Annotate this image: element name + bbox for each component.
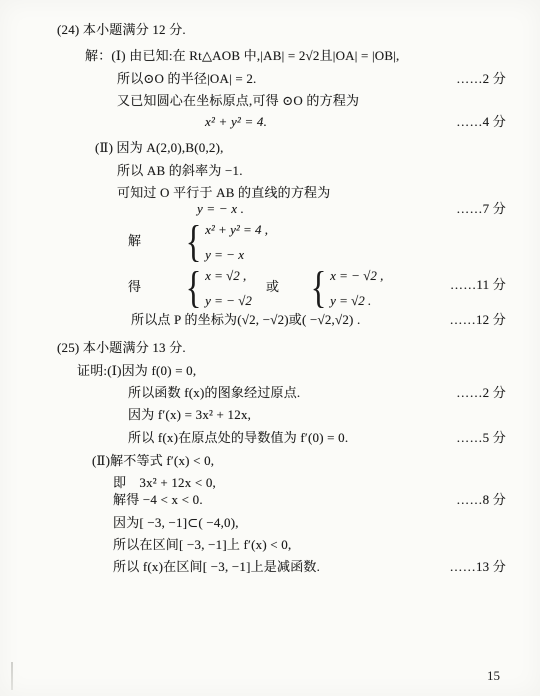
p24-left-eq2: y = − √2 bbox=[205, 288, 252, 313]
left-brace-icon: { bbox=[311, 262, 327, 314]
p24-score-4: ……4 分 bbox=[456, 114, 506, 130]
p24-system-result-right: { x = − √2 , y = √2 . bbox=[308, 262, 383, 314]
p25-line-decreasing: 所以 f(x)在区间[ −3, −1]上是减函数. bbox=[113, 559, 320, 575]
p24-score-7: ……7 分 bbox=[456, 201, 506, 217]
p25-line-subset: 因为[ −3, −1]⊂( −4,0), bbox=[113, 515, 239, 531]
p24-line-slope: 所以 AB 的斜率为 −1. bbox=[117, 163, 243, 179]
p25-line-origin: 所以函数 f(x)的图象经过原点. bbox=[128, 385, 300, 401]
p24-score-12: ……12 分 bbox=[450, 312, 506, 328]
p24-line-point: 所以点 P 的坐标为(√2, −√2)或( −√2,√2) . bbox=[131, 312, 360, 328]
p24-left-eq1: x = √2 , bbox=[205, 263, 252, 288]
scanned-answer-page: (24) 本小题满分 12 分. 解：(Ⅰ) 由已知:在 Rt△AOB 中,|A… bbox=[0, 0, 540, 696]
p24-right-eq2: y = √2 . bbox=[330, 288, 383, 313]
p25-line-part2: (Ⅱ)解不等式 f′(x) < 0, bbox=[92, 453, 214, 469]
p24-score-2: ……2 分 bbox=[456, 71, 506, 87]
p24-line-equation: y = − x . bbox=[197, 201, 244, 217]
p24-line-known: 解：(Ⅰ) 由已知:在 Rt△AOB 中,|AB| = 2√2且|OA| = |… bbox=[85, 48, 400, 64]
p24-score-11: ……11 分 bbox=[450, 277, 506, 293]
p24-result-label: 得 bbox=[128, 279, 141, 295]
p24-line-part2: (Ⅱ) 因为 A(2,0),B(0,2), bbox=[95, 140, 224, 156]
scan-artifact bbox=[11, 662, 13, 690]
p24-system-result-left: { x = √2 , y = − √2 bbox=[183, 262, 252, 314]
p25-line-solve: 解得 −4 < x < 0. bbox=[113, 492, 203, 508]
p25-score-13: ……13 分 bbox=[450, 559, 506, 575]
p25-line-proof: 证明:(Ⅰ)因为 f(0) = 0, bbox=[77, 363, 196, 379]
p24-line-radius: 所以⊙O 的半径|OA| = 2. bbox=[117, 71, 257, 87]
p24-header: (24) 本小题满分 12 分. bbox=[57, 22, 186, 38]
p24-solve-eq1: x² + y² = 4 , bbox=[205, 217, 268, 242]
p24-system-solve: { x² + y² = 4 , y = − x bbox=[183, 216, 268, 268]
p25-line-deriv-origin: 所以 f(x)在原点处的导数值为 f′(0) = 0. bbox=[128, 430, 348, 446]
p25-line-interval: 所以在区间[ −3, −1]上 f′(x) < 0, bbox=[113, 537, 291, 553]
p24-circle-equation: x² + y² = 4. bbox=[205, 114, 267, 130]
page-number: 15 bbox=[487, 668, 500, 684]
p24-or-word: 或 bbox=[266, 279, 279, 295]
p25-line-ineq: 即 3x² + 12x < 0, bbox=[113, 475, 216, 491]
left-brace-icon: { bbox=[186, 216, 202, 268]
p25-score-8: ……8 分 bbox=[456, 492, 506, 508]
p24-line-center: 又已知圆心在坐标原点,可得 ⊙O 的方程为 bbox=[117, 93, 359, 109]
left-brace-icon: { bbox=[186, 262, 202, 314]
p24-solve-label: 解 bbox=[128, 233, 141, 249]
p24-right-eq1: x = − √2 , bbox=[330, 263, 383, 288]
p25-score-2: ……2 分 bbox=[456, 385, 506, 401]
p25-score-5: ……5 分 bbox=[456, 430, 506, 446]
p25-line-deriv: 因为 f′(x) = 3x² + 12x, bbox=[128, 407, 251, 423]
p24-line-parallel: 可知过 O 平行于 AB 的直线的方程为 bbox=[117, 185, 330, 201]
p25-header: (25) 本小题满分 13 分. bbox=[57, 340, 186, 356]
